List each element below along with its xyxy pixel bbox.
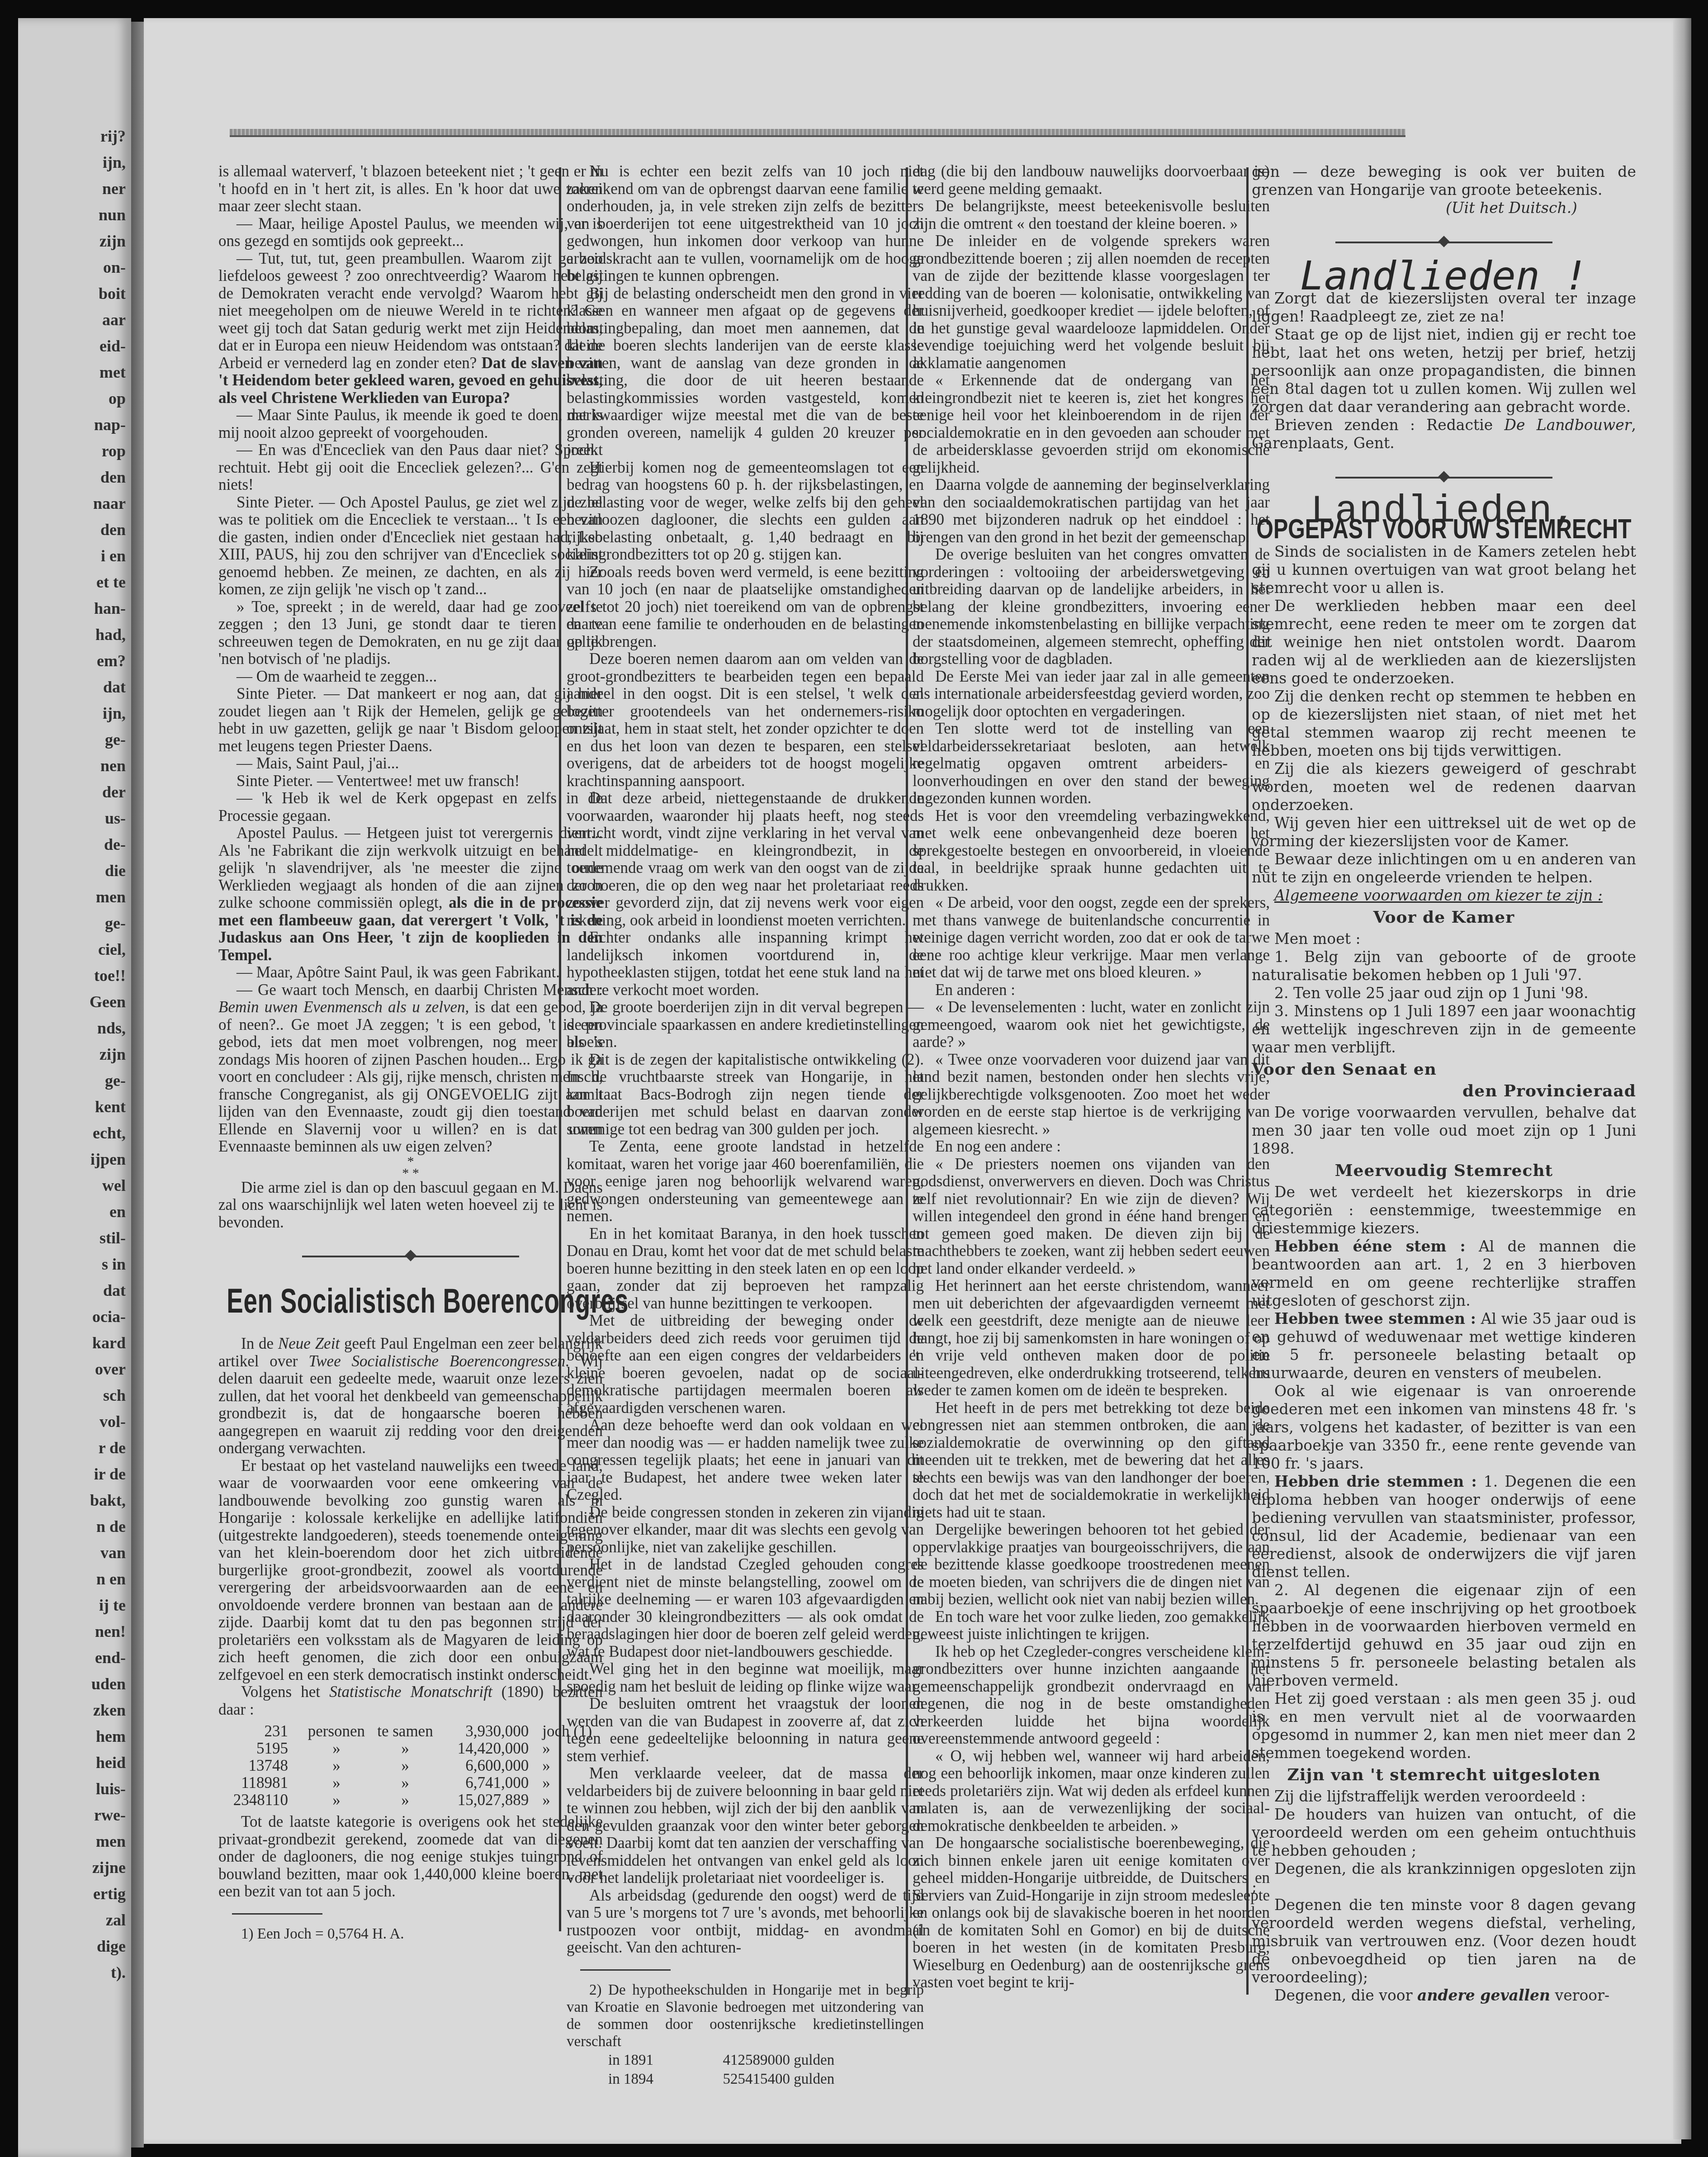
text-fragment: ge- <box>18 730 131 749</box>
page-edge <box>1673 18 1691 2139</box>
ad-contact: Brieven zenden : Redactie De Landbouwer,… <box>1252 416 1636 452</box>
paragraph: En toch ware het voor zulke lieden, zoo … <box>913 1608 1270 1643</box>
list-item: Degenen die ten minste voor 8 dagen geva… <box>1252 1896 1636 1986</box>
text-fragment: had, <box>18 625 131 644</box>
text-fragment: die <box>18 861 131 880</box>
conditions-heading: Algemeene voorwaarden om kiezer te zijn … <box>1252 887 1636 905</box>
text-fragment: den <box>18 468 131 487</box>
ornament-divider <box>1335 470 1552 484</box>
paragraph: — Om de waarheid te zeggen... <box>218 668 603 686</box>
paragraph: Apostel Paulus. — Hetgeen juist tot vere… <box>218 825 603 964</box>
paragraph: — Mais, Saint Paul, j'ai... <box>218 755 603 773</box>
section-text: De wet verdeelt het kiezerskorps in drie… <box>1252 1183 1636 1237</box>
paragraph: — Maar Sinte Paulus, ik meende ik goed t… <box>218 407 603 441</box>
section-text: 2. Al degenen die eigenaar zijn of een s… <box>1252 1581 1636 1690</box>
text-fragment: sch <box>18 1386 131 1405</box>
paragraph: De beide congressen stonden in zekeren z… <box>567 1504 924 1556</box>
text-fragment: ge- <box>18 1071 131 1090</box>
paragraph: De groote boerderijen zijn in dit verval… <box>567 999 924 1051</box>
text-fragment: eid- <box>18 337 131 356</box>
paragraph: Bij de belasting onderscheidt men den gr… <box>567 285 924 459</box>
text-fragment: r de <box>18 1438 131 1457</box>
landholding-table: 231personente samen3,930,000joch (1)5195… <box>218 1723 603 1809</box>
text-fragment: zken <box>18 1701 131 1720</box>
paragraph: « Twee onze voorvaderen voor duizend jaa… <box>913 1051 1270 1138</box>
text-fragment: en <box>18 1202 131 1221</box>
table-row: in 1891412589000 gulden <box>568 2051 923 2069</box>
footnote: 1) Een Joch = 0,5764 H. A. <box>218 1925 603 1943</box>
paragraph: De overige besluiten van het congres omv… <box>913 546 1270 668</box>
section-text: Hebben ééne stem : Al de mannen die bean… <box>1252 1237 1636 1310</box>
paragraph: Het in de landstad Czegled gehouden cong… <box>567 1556 924 1660</box>
ad-landlieden: Landlieden ! Zorgt dat de kiezerslijsten… <box>1252 267 1636 452</box>
article-paragraph: Tot de laatste kategorie is overigens oo… <box>218 1813 603 1901</box>
text-fragment: zijne <box>18 1858 131 1877</box>
text-fragment: van <box>18 1543 131 1562</box>
ad-subtitle: OPGEPAST VOOR UW STEMRECHT <box>1255 520 1633 538</box>
text-fragment: rwe- <box>18 1806 131 1825</box>
text-fragment: rij? <box>18 127 131 146</box>
table-row: 231personente samen3,930,000joch (1) <box>218 1723 603 1740</box>
text-fragment: han- <box>18 599 131 618</box>
text-fragment: der <box>18 782 131 801</box>
text-fragment: toe!! <box>18 966 131 985</box>
text-fragment: nen <box>18 756 131 775</box>
text-fragment: vol- <box>18 1412 131 1431</box>
publication-name: De Landbouwer <box>1505 416 1632 434</box>
text-fragment: ciel, <box>18 940 131 959</box>
text-fragment: n de <box>18 1517 131 1536</box>
footnote: 2) De hypotheekschulden in Hongarije met… <box>567 1982 924 2050</box>
column-1: is allemaal waterverf, 't blazoen beteek… <box>218 163 603 1943</box>
text-fragment: echt, <box>18 1124 131 1142</box>
text-fragment: met <box>18 363 131 382</box>
text-fragment: zal <box>18 1910 131 1929</box>
text-fragment: naar <box>18 494 131 513</box>
paragraph: Ten slotte werd tot de instelling van ee… <box>913 720 1270 807</box>
text-fragment: op <box>18 389 131 408</box>
text-fragment: men <box>18 1832 131 1851</box>
paragraph: Dit is de zegen der kapitalistische ontw… <box>567 1051 924 1138</box>
list-item: 3. Minstens op 1 Juli 1897 een jaar woon… <box>1252 1002 1636 1057</box>
text-fragment: bakt, <box>18 1491 131 1510</box>
paragraph: Te Zenta, eene groote landstad in hetzel… <box>567 1138 924 1225</box>
paragraph: is allemaal waterverf, 't blazoen beteek… <box>218 163 603 215</box>
text-fragment: stil- <box>18 1228 131 1247</box>
text-fragment: wel <box>18 1176 131 1195</box>
text-fragment: us- <box>18 809 131 828</box>
paragraph: Sinte Pieter. — Och Apostel Paulus, ge z… <box>218 494 603 598</box>
section-heading-meervoudig: Meervoudig Stemrecht <box>1252 1161 1636 1180</box>
paragraph: Wel ging het in den beginne wat moeilijk… <box>567 1660 924 1695</box>
paragraph: — Maar, Apôtre Saint Paul, ik was geen F… <box>218 964 603 981</box>
text-fragment: ertig <box>18 1884 131 1903</box>
text-fragment: n en <box>18 1569 131 1588</box>
paragraph: — En was d'Enceсliek van den Paus daar n… <box>218 441 603 494</box>
article-paragraph: Er bestaat op het vasteland nauwelijks e… <box>218 1457 603 1684</box>
text-fragment: boit <box>18 284 131 303</box>
ad-paragraph: De werklieden hebben maar een deel stemr… <box>1252 597 1636 687</box>
attribution: (Uit het Duitsch.) <box>1252 199 1636 217</box>
paragraph: Zooals reeds boven werd vermeld, is eene… <box>567 564 924 651</box>
footnote-rule <box>232 1913 322 1915</box>
ad-paragraph: Sinds de socialisten in de Kamers zetele… <box>1252 543 1636 597</box>
text-fragment: dat <box>18 1281 131 1300</box>
mortgage-debt-table: in 1891412589000 guldenin 1894525415400 … <box>567 2050 924 2089</box>
paragraph: Het herinnert aan het eerste christendom… <box>913 1277 1270 1399</box>
text-fragment: de- <box>18 835 131 854</box>
list-item: De houders van huizen van ontucht, of di… <box>1252 1806 1636 1860</box>
text-fragment: ocia- <box>18 1307 131 1326</box>
paragraph: De hongaarsche socialistische boerenbewe… <box>913 1835 1270 1991</box>
section-text: Het zij goed verstaan : als men geen 35 … <box>1252 1690 1636 1762</box>
paragraph: En anderen : <box>913 981 1270 999</box>
paragraph: » Toe, spreekt ; in de wereld, daar had … <box>218 598 603 668</box>
text-fragment: ij te <box>18 1596 131 1615</box>
previous-page-strip: rij?ijn,nernunzijnon-boitaareid-metopnap… <box>18 18 131 2157</box>
section-text: De vorige voorwaarden vervullen, behalve… <box>1252 1104 1636 1158</box>
text-fragment: hem <box>18 1727 131 1746</box>
text-fragment: et te <box>18 573 131 592</box>
section-heading-provincieraad: den Provincieraad <box>1252 1082 1636 1100</box>
text-fragment: t). <box>18 1963 131 1982</box>
continued-text: gen — deze beweging is ook ver buiten de… <box>1252 163 1636 199</box>
paragraph: Dergelijke beweringen behooren tot het g… <box>913 1521 1270 1608</box>
text-fragment: kent <box>18 1097 131 1116</box>
paragraph: — 'k Heb ik wel de Kerk opgepast en zelf… <box>218 790 603 825</box>
newspaper-page: is allemaal waterverf, 't blazoen beteek… <box>144 18 1681 2144</box>
ad-paragraph: Zij die als kiezers geweigerd of geschra… <box>1252 760 1636 814</box>
section-text: Ook al wie eigenaar is van onroerende go… <box>1252 1382 1636 1473</box>
text-fragment: nds, <box>18 1019 131 1038</box>
section-break-asterism: ** * <box>218 1156 603 1179</box>
paragraph: Hierbij komen nog de gemeenteomslagen to… <box>567 459 924 564</box>
text-fragment: den <box>18 520 131 539</box>
text-fragment: em? <box>18 651 131 670</box>
section-heading-senaat: Voor den Senaat en <box>1252 1060 1636 1078</box>
ad-paragraph: Staat ge op de lijst niet, indien gij er… <box>1252 326 1636 416</box>
text-fragment: ner <box>18 179 131 198</box>
paragraph: De Eerste Mei van ieder jaar zal in alle… <box>913 668 1270 721</box>
text-fragment: ijn, <box>18 704 131 723</box>
text-fragment: end- <box>18 1648 131 1667</box>
paragraph: « De levenselementen : lucht, water en z… <box>913 999 1270 1051</box>
section-heading-uitgesloten: Zijn van 't stemrecht uitgesloten <box>1252 1766 1636 1784</box>
paragraph: De belangrijkste, meest beteekenisvolle … <box>913 198 1270 232</box>
list-item: Degenen, die voor andere gevallen veroor… <box>1252 1986 1636 2005</box>
ornament-divider <box>1335 235 1552 249</box>
table-row: 2348110»»15,027,889» <box>218 1792 603 1809</box>
paragraph: — Ge waart toch Mensch, en daarbij Chris… <box>218 981 603 1156</box>
text-fragment: nun <box>18 205 131 224</box>
paragraph: « O, wij hebben wel, wanneer wij hard ar… <box>913 1748 1270 1835</box>
list-item: 1. Belg zijn van geboorte of de groote n… <box>1252 948 1636 984</box>
header-rule <box>230 129 1405 137</box>
paragraph: Ik heb op het Czegleder-congres verschei… <box>913 1643 1270 1748</box>
paragraph: Als arbeidsdag (gedurende den oogst) wer… <box>567 1887 924 1957</box>
book-gutter <box>131 22 144 2148</box>
text-fragment: zijn <box>18 1045 131 1064</box>
paragraph: « Erkennende dat de ondergang van het kl… <box>913 372 1270 476</box>
list-item: Degenen, die als krankzinnigen opgeslote… <box>1252 1860 1636 1896</box>
paragraph: En nog een andere : <box>913 1138 1270 1156</box>
text-fragment: Geen <box>18 992 131 1011</box>
footnote-rule <box>580 1969 671 1971</box>
paragraph: Het heeft in de pers met betrekking tot … <box>913 1399 1270 1522</box>
section-text: Hebben drie stemmen : 1. Degenen die een… <box>1252 1473 1636 1581</box>
ad-title: Landlieden ! <box>1252 267 1636 285</box>
paragraph: Het is voor den vreemdeling verbazingwek… <box>913 807 1270 895</box>
paragraph: « De priesters noemen ons vijanden van d… <box>913 1156 1270 1278</box>
text-fragment: aar <box>18 310 131 329</box>
list-item: 2. Ten volle 25 jaar oud zijn op 1 Juni … <box>1252 984 1636 1002</box>
text-fragment: men <box>18 887 131 906</box>
text-fragment: rop <box>18 441 131 460</box>
paragraph: Deze boeren nemen daarom aan om velden v… <box>567 650 924 790</box>
paragraph: Sinte Pieter. — Dat mankeert er nog aan,… <box>218 685 603 755</box>
table-row: 5195»»14,420,000» <box>218 1740 603 1757</box>
ad-paragraph: Bewaar deze inlichtingen om u en anderen… <box>1252 850 1636 887</box>
table-row: 118981»»6,741,000» <box>218 1774 603 1792</box>
text-fragment: nen! <box>18 1622 131 1641</box>
text-fragment: ijpen <box>18 1150 131 1169</box>
text-fragment: ir de <box>18 1465 131 1484</box>
ornament-divider <box>302 1249 519 1263</box>
text-fragment: i en <box>18 546 131 565</box>
article-headline: Een Socialistisch Boerencongres <box>227 1281 595 1322</box>
text-fragment: zijn <box>18 232 131 251</box>
ad-stemrecht: Landlieden, OPGEPAST VOOR UW STEMRECHT S… <box>1252 502 1636 2005</box>
list-lead: Men moet : <box>1252 930 1636 948</box>
paragraph: — Maar, heilige Apostel Paulus, we meend… <box>218 215 603 250</box>
paragraph: Men verklaarde veeleer, dat de massa der… <box>567 1765 924 1887</box>
paragraph: — Tut, tut, tut, geen preambullen. Waaro… <box>218 250 603 407</box>
ad-paragraph: Zorgt dat de kiezerslijsten overal ter i… <box>1252 289 1636 326</box>
column-3: dag (die bij den landbouw nauwelijks doo… <box>913 163 1270 1991</box>
ad-paragraph: Wij geven hier een uittreksel uit de wet… <box>1252 814 1636 850</box>
column-2: Nu is echter een bezit zelfs van 10 joch… <box>567 163 924 2089</box>
section-text: Hebben twee stemmen : Al wie 35 jaar oud… <box>1252 1310 1636 1382</box>
table-row: in 1894525415400 gulden <box>568 2070 923 2088</box>
text-fragment: heid <box>18 1753 131 1772</box>
paragraph: Nu is echter een bezit zelfs van 10 joch… <box>567 163 924 285</box>
article-paragraph: In de Neue Zeit geeft Paul Engelman een … <box>218 1335 603 1457</box>
paragraph: Aan deze behoefte werd dan ook voldaan e… <box>567 1417 924 1504</box>
text-fragment: luis- <box>18 1779 131 1798</box>
text-fragment: dige <box>18 1937 131 1956</box>
paragraph: dag (die bij den landbouw nauwelijks doo… <box>913 163 1270 198</box>
text-fragment: ijn, <box>18 153 131 172</box>
table-row: 13748»»6,600,000» <box>218 1757 603 1774</box>
text-fragment: dat <box>18 678 131 697</box>
paragraph: Dat deze arbeid, niettegenstaande de dru… <box>567 790 924 929</box>
text-fragment: nap- <box>18 415 131 434</box>
text-fragment: on- <box>18 258 131 277</box>
text-fragment: s in <box>18 1255 131 1274</box>
paragraph: De inleider en de volgende sprekers ware… <box>913 232 1270 372</box>
section-heading-kamer: Voor de Kamer <box>1252 908 1636 926</box>
paragraph: Sinte Pieter. — Ventertwee! met uw frans… <box>218 773 603 790</box>
list-item: Zij die lijfstraffelijk werden veroordee… <box>1252 1787 1636 1806</box>
paragraph: En in het komitaat Baranya, in den hoek … <box>567 1225 924 1313</box>
paragraph: Met de uitbreiding der beweging onder de… <box>567 1312 924 1417</box>
column-4: gen — deze beweging is ook ver buiten de… <box>1252 163 1636 2005</box>
text-fragment: uden <box>18 1674 131 1693</box>
text-fragment: ge- <box>18 914 131 933</box>
text-fragment: kard <box>18 1333 131 1352</box>
paragraph: Die arme ziel is dan op den bascuul gega… <box>218 1179 603 1232</box>
paragraph: « De arbeid, voor den oogst, zegde een d… <box>913 894 1270 981</box>
article-paragraph: Volgens het Statistische Monatschrift (1… <box>218 1683 603 1718</box>
text-fragment: over <box>18 1360 131 1379</box>
ad-paragraph: Zij die denken recht op stemmen te hebbe… <box>1252 687 1636 760</box>
paragraph: Daarna volgde de aanneming der beginselv… <box>913 476 1270 546</box>
paragraph: Echter ondanks alle inspanning krimpt he… <box>567 929 924 999</box>
paragraph: De besluiten omtrent het vraagstuk der l… <box>567 1695 924 1765</box>
